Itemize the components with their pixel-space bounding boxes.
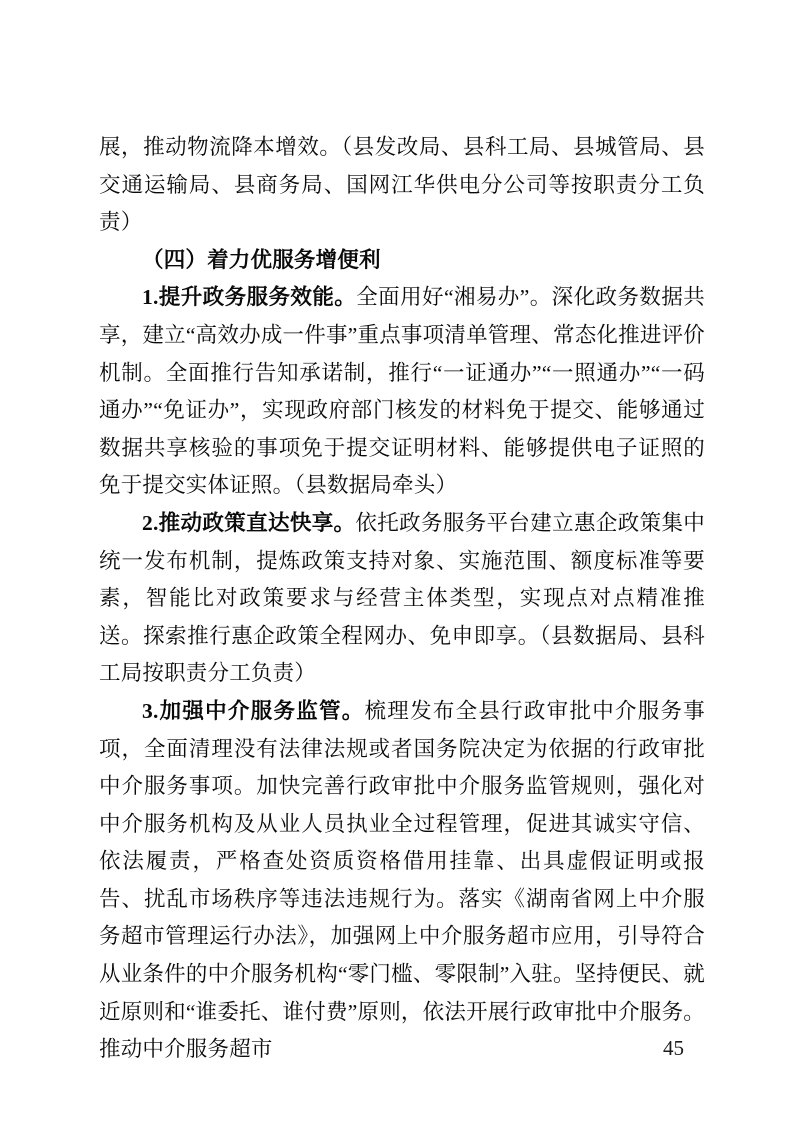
paragraph-1-text: 全面用好“湘易办”。深化政务数据共享，建立“高效办成一件事”重点事项清单管理、常… xyxy=(99,285,705,497)
paragraph-2-text: 依托政务服务平台建立惠企政策集中统一发布机制，提炼政策支持对象、实施范围、额度标… xyxy=(99,511,705,685)
paragraph-1-lead: 1.提升政务服务效能。 xyxy=(142,285,356,309)
paragraph-2-lead: 2.推动政策直达快享。 xyxy=(142,511,355,535)
paragraph-3: 3.加强中介服务监管。梳理发布全县行政审批中介服务事项，全面清理没有法律法规或者… xyxy=(99,693,705,1069)
paragraph-3-text: 梳理发布全县行政审批中介服务事项，全面清理没有法律法规或者国务院决定为依据的行政… xyxy=(99,699,705,1061)
paragraph-1: 1.提升政务服务效能。全面用好“湘易办”。深化政务数据共享，建立“高效办成一件事… xyxy=(99,279,705,505)
document-page: 展，推动物流降本增效。（县发改局、县科工局、县城管局、县交通运输局、县商务局、国… xyxy=(0,0,793,1122)
section-heading: （四）着力优服务增便利 xyxy=(99,242,705,280)
page-number: 45 xyxy=(663,1033,684,1063)
paragraph-2: 2.推动政策直达快享。依托政务服务平台建立惠企政策集中统一发布机制，提炼政策支持… xyxy=(99,505,705,693)
document-body: 展，推动物流降本增效。（县发改局、县科工局、县城管局、县交通运输局、县商务局、国… xyxy=(99,129,705,1069)
paragraph-continuation: 展，推动物流降本增效。（县发改局、县科工局、县城管局、县交通运输局、县商务局、国… xyxy=(99,129,705,242)
paragraph-3-lead: 3.加强中介服务监管。 xyxy=(142,699,365,723)
